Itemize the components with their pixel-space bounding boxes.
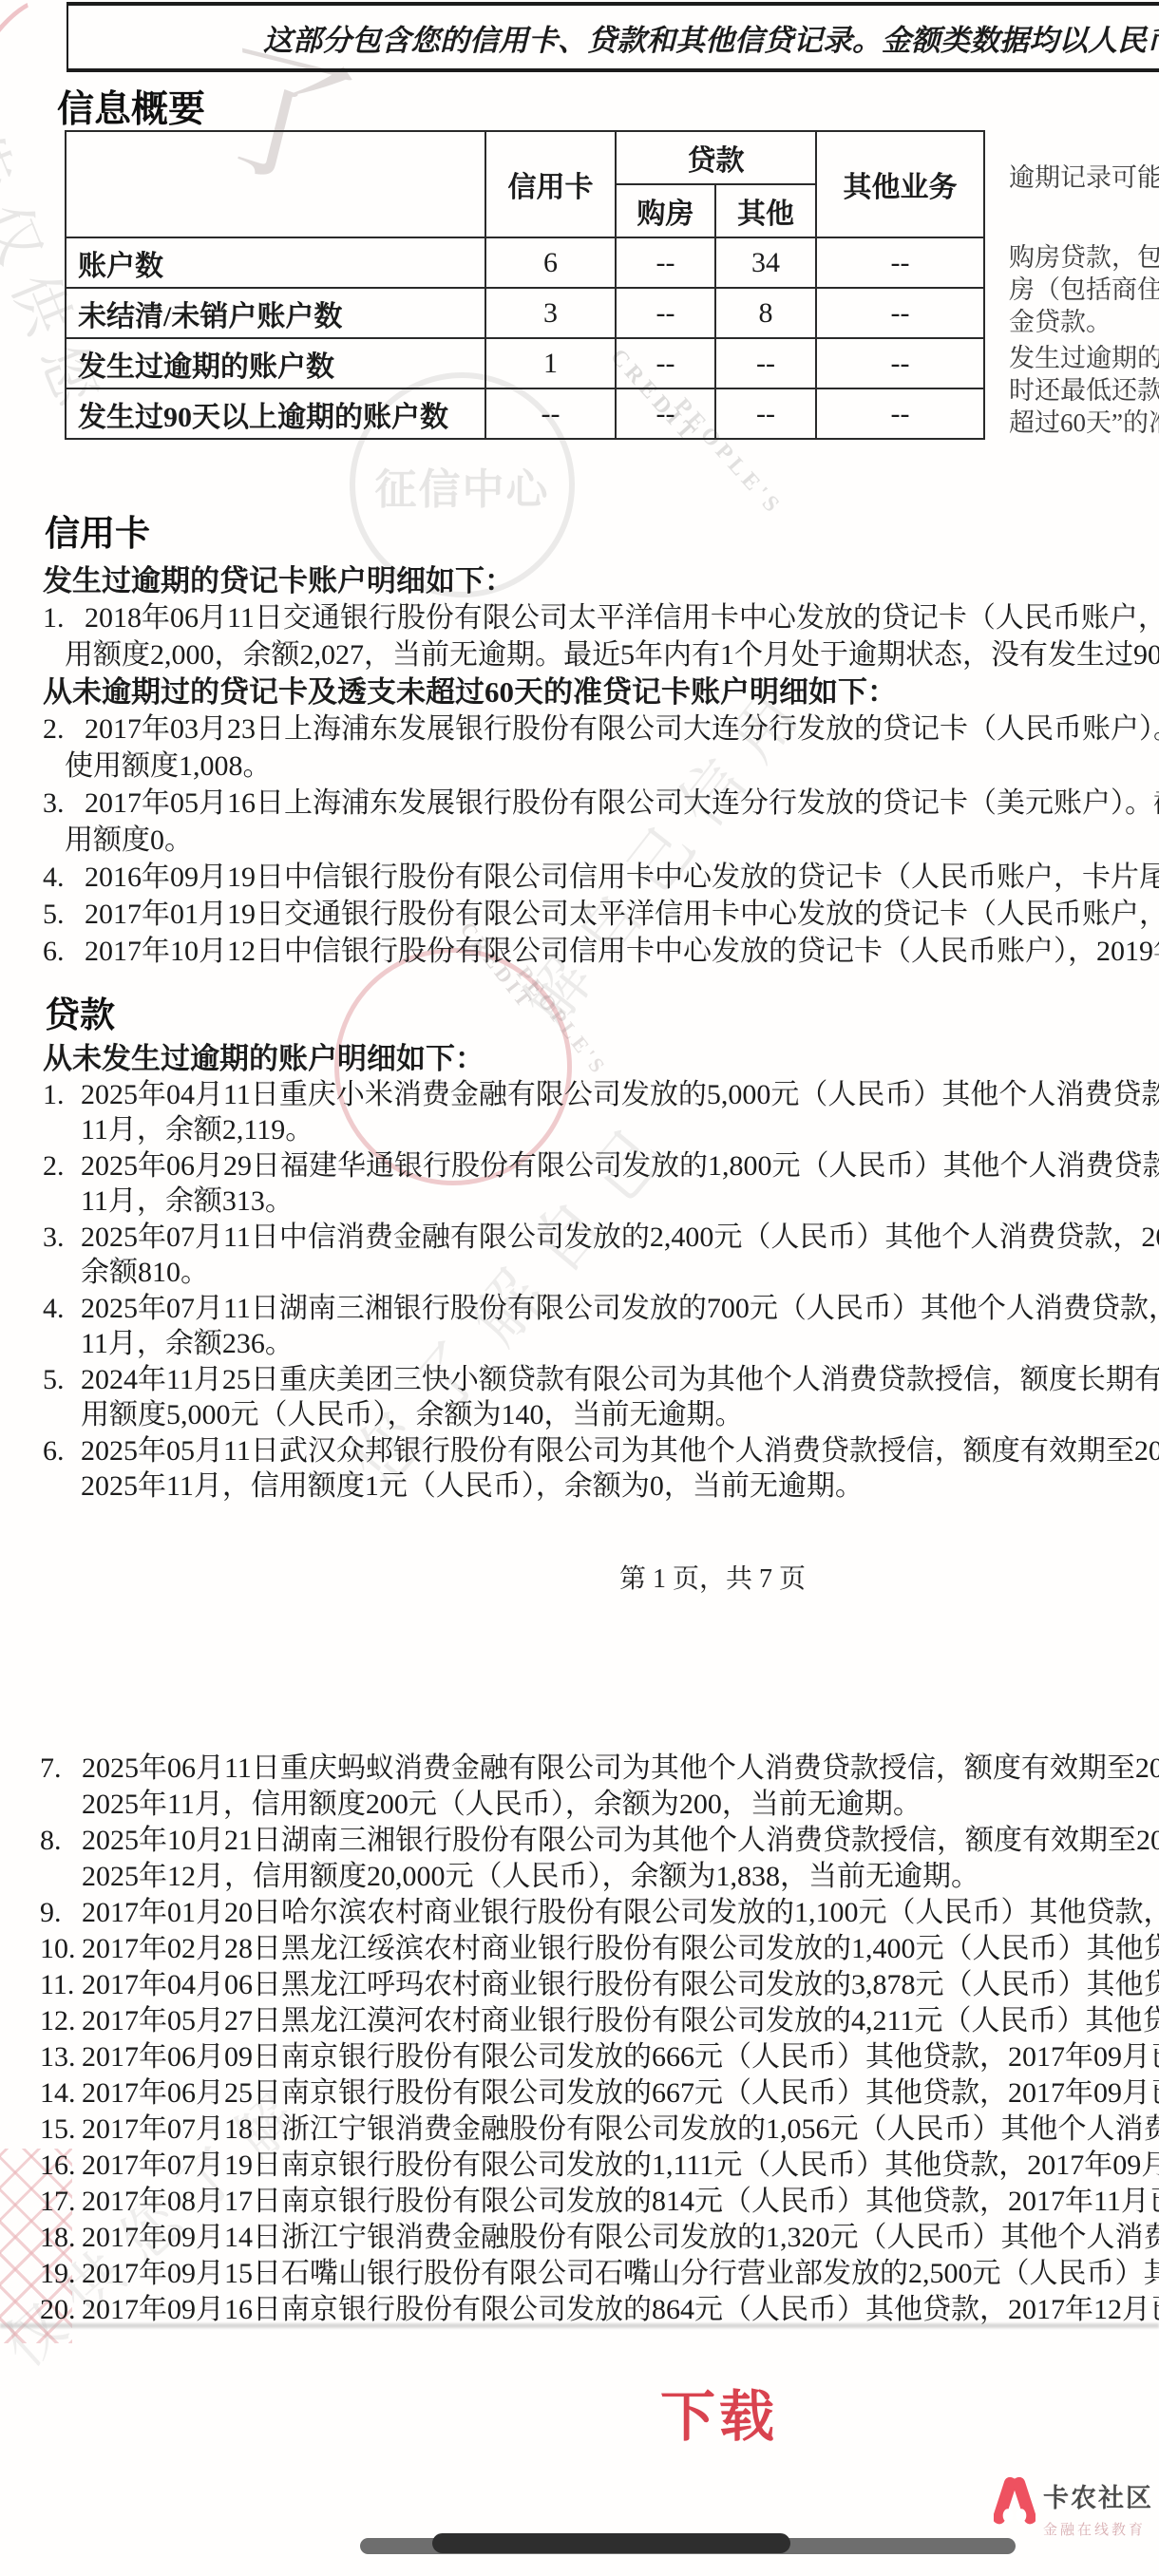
item-text: 2017年06月09日南京银行股份有限公司发放的666元（人民币）其他贷款，20…: [82, 2041, 1159, 2073]
brand-logo-icon: [994, 2477, 1035, 2535]
item-number: 3.: [43, 785, 85, 822]
list-item: 9.2017年01月20日哈尔滨农村商业银行股份有限公司发放的1,100元（人民…: [40, 1895, 1159, 1931]
list-item: 4.2025年07月11日湖南三湘银行股份有限公司发放的700元（人民币）其他个…: [43, 1291, 1159, 1327]
seal-text: 征信中心: [375, 455, 550, 516]
item-number: 19.: [40, 2256, 82, 2292]
note-line: 逾期记录可能影响: [1009, 161, 1159, 194]
row-label: 未结清/未销户账户数: [66, 288, 485, 338]
item-text: 2017年08月17日南京银行股份有限公司发放的814元（人民币）其他贷款，20…: [82, 2186, 1159, 2217]
item-number: 16.: [40, 2148, 82, 2184]
row-label: 发生过逾期的账户数: [66, 338, 485, 388]
page-bottom-divider: [0, 2323, 1159, 2328]
scrollbar-handle[interactable]: [432, 2533, 790, 2553]
banner-text: 这部分包含您的信用卡、贷款和其他信贷记录。金额类数据均以人民币计算，精确到元: [263, 16, 1159, 59]
item-number: 11.: [40, 1967, 82, 2003]
col-header-other-business: 其他业务: [816, 131, 984, 237]
cell: --: [485, 388, 616, 439]
loan-section-title: 贷款: [45, 986, 115, 1037]
list-item: 10.2017年02月28日黑龙江绥滨农村商业银行股份有限公司发放的1,400元…: [40, 1931, 1159, 1967]
list-item: 19.2017年09月15日石嘴山银行股份有限公司石嘴山分行营业部发放的2,50…: [40, 2256, 1159, 2292]
list-item: 6.2025年05月11日武汉众邦银行股份有限公司为其他个人消费贷款授信，额度有…: [43, 1433, 1159, 1469]
item-continuation: 2025年11月，信用额度200元（人民币），余额为200，当前无逾期。: [82, 1787, 1159, 1823]
item-number: 9.: [40, 1895, 82, 1931]
list-item: 7.2025年06月11日重庆蚂蚁消费金融有限公司为其他个人消费贷款授信，额度有…: [40, 1751, 1159, 1787]
loan-list-page2: 7.2025年06月11日重庆蚂蚁消费金融有限公司为其他个人消费贷款授信，额度有…: [40, 1751, 1159, 2328]
cell: 34: [715, 237, 816, 288]
item-text: 2017年04月06日黑龙江呼玛农村商业银行股份有限公司发放的3,878元（人民…: [82, 1969, 1159, 2000]
list-item: 5.2024年11月25日重庆美团三快小额贷款有限公司为其他个人消费贷款授信，额…: [43, 1362, 1159, 1398]
list-item: 2.2017年03月23日上海浦东发展银行股份有限公司大连分行发放的贷记卡（人民…: [43, 710, 1159, 748]
item-text: 2017年01月20日哈尔滨农村商业银行股份有限公司发放的1,100元（人民币）…: [82, 1897, 1159, 1928]
item-text: 2017年10月12日中信银行股份有限公司信用卡中心发放的贷记卡（人民币账户），…: [85, 936, 1159, 967]
item-number: 4.: [43, 859, 85, 896]
cell: --: [616, 288, 715, 338]
table-row: 未结清/未销户账户数 3 -- 8 --: [66, 288, 984, 338]
item-continuation: 余额810。: [81, 1255, 1159, 1291]
cell: 3: [485, 288, 616, 338]
item-number: 1.: [43, 599, 85, 636]
cell: 1: [485, 338, 616, 388]
list-item: 1.2018年06月11日交通银行股份有限公司太平洋信用卡中心发放的贷记卡（人民…: [43, 599, 1159, 636]
item-text: 2017年09月15日石嘴山银行股份有限公司石嘴山分行营业部发放的2,500元（…: [82, 2258, 1159, 2289]
item-text: 2017年01月19日交通银行股份有限公司太平洋信用卡中心发放的贷记卡（人民币账…: [85, 899, 1159, 930]
item-number: 10.: [40, 1931, 82, 1967]
item-text: 2025年07月11日湖南三湘银行股份有限公司发放的700元（人民币）其他个人消…: [81, 1293, 1159, 1324]
item-text: 2017年09月14日浙江宁银消费金融股份有限公司发放的1,320元（人民币）其…: [82, 2222, 1159, 2253]
item-continuation: 2025年12月，信用额度20,000元（人民币），余额为1,838，当前无逾期…: [82, 1859, 1159, 1895]
cell: --: [816, 338, 984, 388]
cell: --: [616, 237, 715, 288]
item-number: 6.: [43, 1433, 81, 1469]
list-item: 12.2017年05月27日黑龙江漠河农村商业银行股份有限公司发放的4,211元…: [40, 2003, 1159, 2039]
brand-tagline: 金融在线教育: [1043, 2519, 1153, 2539]
item-text: 2025年06月11日重庆蚂蚁消费金融有限公司为其他个人消费贷款授信，额度有效期…: [82, 1752, 1159, 1784]
item-text: 2018年06月11日交通银行股份有限公司太平洋信用卡中心发放的贷记卡（人民币账…: [85, 602, 1159, 634]
item-text: 2025年10月21日湖南三湘银行股份有限公司为其他个人消费贷款授信，额度有效期…: [82, 1825, 1159, 1856]
loan-list-page1: 从未发生过逾期的账户明细如下： 1.2025年04月11日重庆小米消费金融有限公…: [43, 1041, 1159, 1505]
item-text: 2025年04月11日重庆小米消费金融有限公司发放的5,000元（人民币）其他个…: [81, 1079, 1159, 1110]
item-number: 2.: [43, 710, 85, 748]
cell: --: [616, 388, 715, 439]
note-line: 金贷款。: [1009, 306, 1159, 338]
list-item: 13.2017年06月09日南京银行股份有限公司发放的666元（人民币）其他贷款…: [40, 2039, 1159, 2075]
list-item: 1.2025年04月11日重庆小米消费金融有限公司发放的5,000元（人民币）其…: [43, 1077, 1159, 1113]
cell: --: [715, 388, 816, 439]
overdue-heading: 发生过逾期的贷记卡账户明细如下：: [43, 562, 1159, 599]
note-line: 发生过逾期的信用: [1009, 342, 1159, 374]
never-overdue-heading: 从未逾期过的贷记卡及透支未超过60天的准贷记卡账户明细如下：: [43, 673, 1159, 710]
note-line: 超过60天”的准贷: [1009, 407, 1159, 439]
item-number: 3.: [43, 1220, 81, 1256]
item-text: 2017年03月23日上海浦东发展银行股份有限公司大连分行发放的贷记卡（人民币账…: [85, 713, 1159, 745]
item-text: 2025年06月29日福建华通银行股份有限公司发放的1,800元（人民币）其他个…: [81, 1150, 1159, 1182]
item-continuation: 用额度0。: [65, 822, 1159, 859]
item-text: 2017年09月16日南京银行股份有限公司发放的864元（人民币）其他贷款，20…: [82, 2294, 1159, 2325]
margin-note: 发生过逾期的信用 时还最低还款额“ 超过60天”的准贷: [1009, 342, 1159, 439]
margin-note: 逾期记录可能影响: [1009, 161, 1159, 194]
list-item: 11.2017年04月06日黑龙江呼玛农村商业银行股份有限公司发放的3,878元…: [40, 1967, 1159, 2003]
item-number: 14.: [40, 2075, 82, 2112]
item-number: 7.: [40, 1751, 82, 1787]
page-indicator: 第 1 页，共 7 页: [0, 1558, 1159, 1596]
summary-table: 信用卡 贷款 其他业务 购房 其他 账户数 6 -- 34 -- 未结清/未销户…: [65, 130, 985, 440]
list-item: 5.2017年01月19日交通银行股份有限公司太平洋信用卡中心发放的贷记卡（人民…: [43, 896, 1159, 933]
note-line: 时还最低还款额“: [1009, 374, 1159, 407]
item-text: 2016年09月19日中信银行股份有限公司信用卡中心发放的贷记卡（人民币账户，卡…: [85, 862, 1159, 893]
item-number: 6.: [43, 933, 85, 970]
item-text: 2025年07月11日中信消费金融有限公司发放的2,400元（人民币）其他个人消…: [81, 1222, 1159, 1253]
list-item: 16.2017年07月19日南京银行股份有限公司发放的1,111元（人民币）其他…: [40, 2148, 1159, 2184]
item-number: 1.: [43, 1077, 81, 1113]
section-intro-banner: 这部分包含您的信用卡、贷款和其他信贷记录。金额类数据均以人民币计算，精确到元: [66, 2, 1159, 72]
col-header-credit-card: 信用卡: [485, 131, 616, 237]
table-header-row: 信用卡 贷款 其他业务: [66, 131, 984, 184]
cell: --: [616, 338, 715, 388]
item-text: 2017年07月19日南京银行股份有限公司发放的1,111元（人民币）其他贷款，…: [82, 2150, 1159, 2181]
summary-section-title: 信息概要: [57, 80, 205, 133]
list-item: 15.2017年07月18日浙江宁银消费金融股份有限公司发放的1,056元（人民…: [40, 2112, 1159, 2148]
item-text: 2017年02月28日黑龙江绥滨农村商业银行股份有限公司发放的1,400元（人民…: [82, 1933, 1159, 1964]
item-text: 2017年06月25日南京银行股份有限公司发放的667元（人民币）其他贷款，20…: [82, 2077, 1159, 2109]
item-number: 12.: [40, 2003, 82, 2039]
row-label: 发生过90天以上逾期的账户数: [66, 388, 485, 439]
list-item: 18.2017年09月14日浙江宁银消费金融股份有限公司发放的1,320元（人民…: [40, 2220, 1159, 2256]
item-number: 5.: [43, 896, 85, 933]
list-item: 6.2017年10月12日中信银行股份有限公司信用卡中心发放的贷记卡（人民币账户…: [43, 933, 1159, 970]
download-button[interactable]: 下载: [0, 2371, 1159, 2453]
loan-heading: 从未发生过逾期的账户明细如下：: [43, 1041, 1159, 1077]
item-text: 2017年05月27日黑龙江漠河农村商业银行股份有限公司发放的4,211元（人民…: [82, 2005, 1159, 2036]
list-item: 3.2017年05月16日上海浦东发展银行股份有限公司大连分行发放的贷记卡（美元…: [43, 785, 1159, 822]
cell: --: [816, 288, 984, 338]
credit-card-section-title: 信用卡: [45, 504, 150, 556]
cell: --: [816, 388, 984, 439]
table-row: 账户数 6 -- 34 --: [66, 237, 984, 288]
table-row: 发生过90天以上逾期的账户数 -- -- -- --: [66, 388, 984, 439]
item-continuation: 使用额度1,008。: [65, 748, 1159, 785]
credit-card-list: 发生过逾期的贷记卡账户明细如下： 1.2018年06月11日交通银行股份有限公司…: [43, 562, 1159, 970]
item-continuation: 11月，余额236。: [81, 1326, 1159, 1362]
col-header-other: 其他: [715, 184, 816, 237]
cell: --: [715, 338, 816, 388]
brand-name: 卡农社区: [1043, 2477, 1153, 2514]
item-continuation: 11月，余额2,119。: [81, 1112, 1159, 1148]
item-text: 2017年07月18日浙江宁银消费金融股份有限公司发放的1,056元（人民币）其…: [82, 2113, 1159, 2145]
item-continuation: 2025年11月，信用额度1元（人民币），余额为0，当前无逾期。: [81, 1468, 1159, 1505]
list-item: 3.2025年07月11日中信消费金融有限公司发放的2,400元（人民币）其他个…: [43, 1220, 1159, 1256]
margin-note: 购房贷款，包括个 房（包括商住两用 金贷款。: [1009, 241, 1159, 338]
item-number: 2.: [43, 1148, 81, 1184]
item-number: 18.: [40, 2220, 82, 2256]
item-number: 4.: [43, 1291, 81, 1327]
item-continuation: 用额度5,000元（人民币），余额为140，当前无逾期。: [81, 1397, 1159, 1433]
item-text: 2024年11月25日重庆美团三快小额贷款有限公司为其他个人消费贷款授信，额度长…: [81, 1364, 1159, 1395]
item-number: 15.: [40, 2112, 82, 2148]
item-number: 17.: [40, 2184, 82, 2220]
list-item: 2.2025年06月29日福建华通银行股份有限公司发放的1,800元（人民币）其…: [43, 1148, 1159, 1184]
col-header-loan: 贷款: [616, 131, 816, 184]
cell: --: [816, 237, 984, 288]
cell: 6: [485, 237, 616, 288]
item-text: 2025年05月11日武汉众邦银行股份有限公司为其他个人消费贷款授信，额度有效期…: [81, 1435, 1159, 1467]
note-line: 房（包括商住两用: [1009, 274, 1159, 306]
item-continuation: 用额度2,000，余额2,027，当前无逾期。最近5年内有1个月处于逾期状态，没…: [65, 636, 1159, 673]
item-number: 13.: [40, 2039, 82, 2075]
item-continuation: 11月，余额313。: [81, 1184, 1159, 1220]
list-item: 8.2025年10月21日湖南三湘银行股份有限公司为其他个人消费贷款授信，额度有…: [40, 1823, 1159, 1859]
brand-watermark: 卡农社区 金融在线教育: [994, 2477, 1153, 2539]
cell: 8: [715, 288, 816, 338]
list-item: 14.2017年06月25日南京银行股份有限公司发放的667元（人民币）其他贷款…: [40, 2075, 1159, 2112]
note-line: 购房贷款，包括个: [1009, 241, 1159, 274]
list-item: 17.2017年08月17日南京银行股份有限公司发放的814元（人民币）其他贷款…: [40, 2184, 1159, 2220]
list-item: 4.2016年09月19日中信银行股份有限公司信用卡中心发放的贷记卡（人民币账户…: [43, 859, 1159, 896]
item-text: 2017年05月16日上海浦东发展银行股份有限公司大连分行发放的贷记卡（美元账户…: [85, 787, 1159, 819]
item-number: 8.: [40, 1823, 82, 1859]
item-number: 5.: [43, 1362, 81, 1398]
table-row: 发生过逾期的账户数 1 -- -- --: [66, 338, 984, 388]
credit-report-page: 了 报告仅供您 征信中心 CREDIT PEOPLE'S 解自己信用 CREDI…: [0, 0, 1159, 2576]
row-label: 账户数: [66, 237, 485, 288]
col-header-house: 购房: [616, 184, 715, 237]
cell-corner: [66, 131, 485, 237]
